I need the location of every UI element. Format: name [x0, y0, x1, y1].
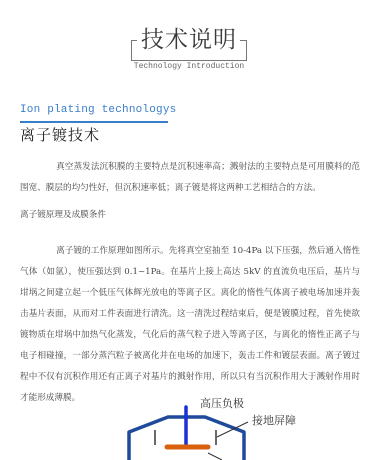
page-title: 技术说明: [138, 25, 240, 55]
section-title-english: Ion plating technologys: [20, 104, 176, 116]
subheading: 离子镀原理及成膜条件: [20, 208, 106, 220]
label-high-voltage-cathode: 高压负极: [200, 395, 244, 411]
principle-paragraph-text: 离子镀的工作原理如图所示。先将真空室抽至 10-4Pa 以下压强，然后通入惰性气…: [20, 246, 360, 403]
ion-plating-diagram: 高压负极 接地屏障: [0, 385, 378, 460]
substrate-leader-line: [208, 453, 222, 460]
principle-paragraph: 离子镀的工作原理如图所示。先将真空室抽至 10-4Pa 以下压强，然后通入惰性气…: [20, 241, 360, 409]
section-title-chinese: 离子镀技术: [20, 124, 100, 145]
intro-paragraph-text: 真空蒸发法沉积膜的主要特点是沉积速率高；溅射法的主要特点是可用膜料的范围宽、膜层…: [20, 162, 360, 193]
label-ground-shield: 接地屏障: [252, 412, 296, 428]
title-bracket-right-tick: [240, 40, 246, 41]
diagram-svg: [0, 385, 378, 460]
intro-paragraph: 真空蒸发法沉积膜的主要特点是沉积速率高；溅射法的主要特点是可用膜料的范围宽、膜层…: [20, 157, 360, 199]
page-subtitle: Technology Introduction: [120, 62, 258, 71]
page-header: 技术说明 Technology Introduction: [0, 0, 378, 80]
title-bracket-left-tick: [131, 40, 137, 41]
section-divider: [20, 121, 168, 123]
